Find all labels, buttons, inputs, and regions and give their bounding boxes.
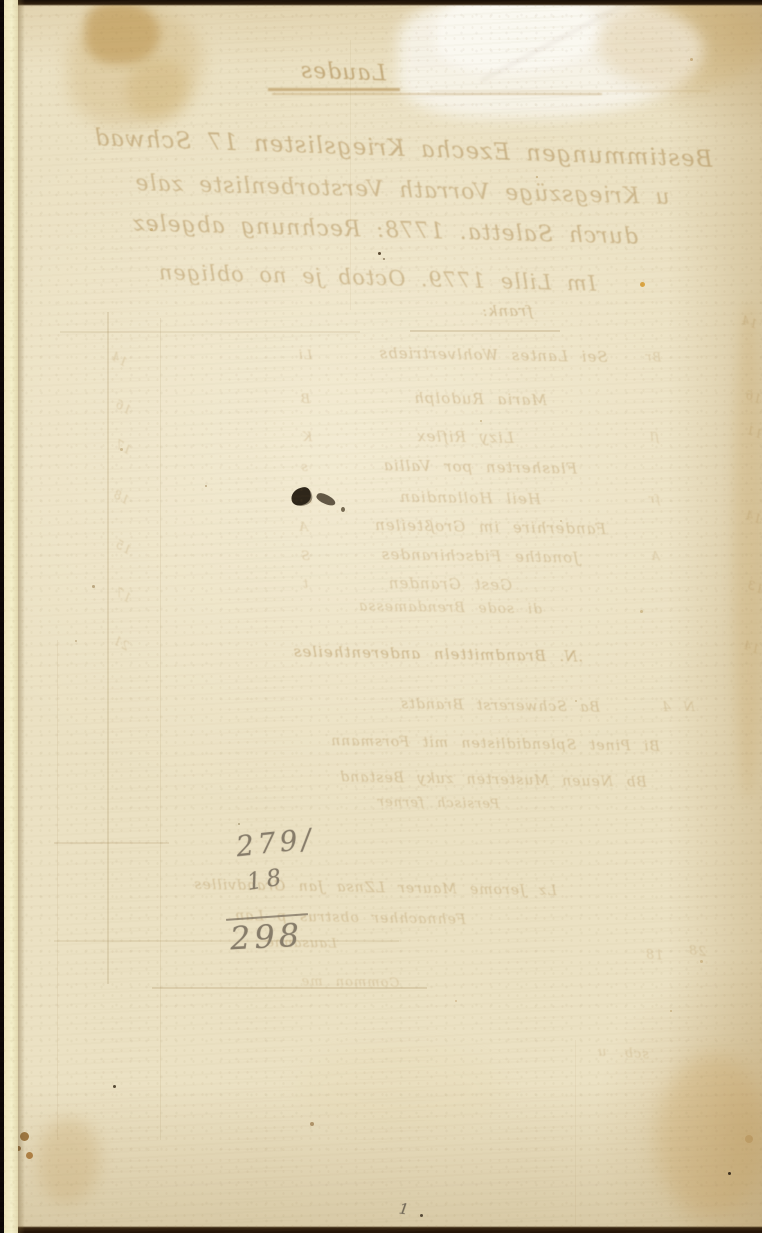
bleedthrough-line: fr xyxy=(644,491,665,506)
bleedthrough-line: Li xyxy=(293,348,318,364)
bleedthrough-line: Gest Granden xyxy=(330,573,570,595)
page-fore-edge-strip xyxy=(4,0,18,1233)
paper-speck xyxy=(238,823,240,825)
bleedthrough-line: s xyxy=(296,460,313,476)
bleedthrough-line: 21 xyxy=(106,630,136,655)
bleedthrough-line: A xyxy=(294,520,313,536)
left-binding-edge xyxy=(0,0,4,1233)
paper-speck xyxy=(120,448,123,451)
paper-speck xyxy=(640,282,645,287)
bleedthrough-line: K xyxy=(298,430,317,446)
bleedthrough-line: Fanderhire im Großteilen xyxy=(320,515,660,539)
bleedthrough-line: 17 xyxy=(108,582,138,607)
paper-speck xyxy=(560,520,562,522)
bleedthrough-line: N 4 xyxy=(658,700,698,715)
bleedthrough-line: B xyxy=(296,392,315,408)
bleedthrough-line: 17 xyxy=(108,434,138,459)
paper-speck xyxy=(455,1000,457,1002)
bottom-binding-edge xyxy=(10,1226,762,1233)
bleedthrough-line: frank: xyxy=(452,302,562,320)
ghost-table-line xyxy=(57,640,58,1140)
heading-underline-2 xyxy=(272,93,602,95)
soft-stain xyxy=(295,1045,505,1130)
paper-speck xyxy=(728,1172,731,1175)
bleedthrough-line: Ba Schwererst Brandts xyxy=(350,695,650,716)
paper-speck xyxy=(700,960,703,963)
bleedthrough-line: Flasherten por Vallia xyxy=(330,455,630,478)
gutter-shadow xyxy=(18,0,25,1233)
bleedthrough-line: S xyxy=(296,549,315,565)
bleedthrough-line: .N. Brandmitteln anderentheiles xyxy=(288,642,588,665)
heading-underline-faint xyxy=(430,90,710,92)
bleedthrough-line: fl xyxy=(644,429,665,444)
bleedthrough-line: 15 xyxy=(108,534,138,559)
bleedthrough-line: Persisch ferner xyxy=(348,794,528,812)
ghost-table-line xyxy=(107,312,109,984)
ghost-table-line xyxy=(575,1040,576,1225)
bleedthrough-line: 14 xyxy=(104,346,134,371)
bleedthrough-line: Sei Lantes Wohlvertriebs xyxy=(318,343,668,367)
soft-stain xyxy=(126,58,188,120)
bleedthrough-line: Maria Rudolph xyxy=(340,388,620,411)
bleedthrough-line: Bb Neuen Musterten zuky Bestand xyxy=(308,769,678,791)
bleedthrough-line: 28 xyxy=(683,943,710,960)
paper-speck xyxy=(310,1122,314,1126)
bleedthrough-line: 16 xyxy=(108,394,138,419)
paper-speck xyxy=(150,228,153,231)
bleedthrough-line: t xyxy=(298,577,313,592)
paper-speck xyxy=(113,1085,116,1088)
paper-speck xyxy=(26,1152,33,1159)
ghost-table-line xyxy=(60,331,360,333)
paper-speck xyxy=(536,176,538,178)
bleedthrough-line: Jonathe Fidschirandes xyxy=(330,544,630,567)
top-binding-edge xyxy=(0,0,762,6)
bleedthrough-line: u Kriegszüge Vorrath Verstorbenliste zal… xyxy=(72,169,732,211)
pencil-calc-total: 298 xyxy=(229,916,304,958)
page-number: 1 xyxy=(398,1199,410,1218)
heading-underline xyxy=(268,88,400,91)
paper-speck xyxy=(670,1010,672,1012)
paper-speck xyxy=(75,640,77,642)
bleedthrough-line: 18 xyxy=(641,947,666,964)
bleedthrough-line: Bi Pinet Splendidlisten mit Forsmann xyxy=(300,733,690,756)
soft-stain xyxy=(733,300,762,800)
bleedthrough-line: Im Lille 1779. Octob je no obligen xyxy=(112,259,642,297)
bleedthrough-line: Heil Hollandian xyxy=(340,487,600,510)
paper-speck xyxy=(640,610,643,613)
paper-speck xyxy=(575,700,577,702)
bleedthrough-heading: Laudes xyxy=(268,57,419,87)
paper-speck xyxy=(378,252,381,255)
bleedthrough-line: scb. u xyxy=(588,1044,659,1063)
paper-speck xyxy=(205,485,207,487)
ghost-table-line xyxy=(160,318,161,1140)
paper-speck xyxy=(745,1135,753,1143)
ghost-table-line xyxy=(410,330,560,332)
ink-blot-streak xyxy=(315,491,337,508)
paper-speck xyxy=(480,420,482,422)
paper-speck xyxy=(420,1214,423,1217)
bleedthrough-line: A xyxy=(646,549,665,564)
bleedthrough-line: Lz Jerome Maurer LZnsa Jan Grandvilles xyxy=(185,877,565,900)
ghost-table-line xyxy=(54,842,169,844)
bleedthrough-line: Common me xyxy=(280,974,420,991)
paper-speck xyxy=(690,58,693,61)
bleedthrough-line: Bestimmungen Ezecha Kriegslisten 17 Schw… xyxy=(58,124,748,174)
bleedthrough-line: 18 xyxy=(106,484,136,509)
bleedthrough-line: di sode Brendamessa xyxy=(300,597,600,618)
bleedthrough-line: durch Saletta. 1778: Rechnung abgelez xyxy=(90,210,680,250)
manuscript-scan-page: Laudes Bestimmungen Ezecha Kriegslisten … xyxy=(0,0,762,1233)
bleedthrough-line: Lizy Riflex xyxy=(350,426,580,448)
bleedthrough-line: Br xyxy=(640,349,667,364)
paper-speck xyxy=(92,585,95,588)
paper-speck xyxy=(383,258,385,260)
soft-stain xyxy=(598,0,762,91)
ink-blot-dot xyxy=(341,507,345,512)
pencil-calc-line-1: 279/ xyxy=(234,822,316,863)
soft-stain xyxy=(38,1118,100,1203)
